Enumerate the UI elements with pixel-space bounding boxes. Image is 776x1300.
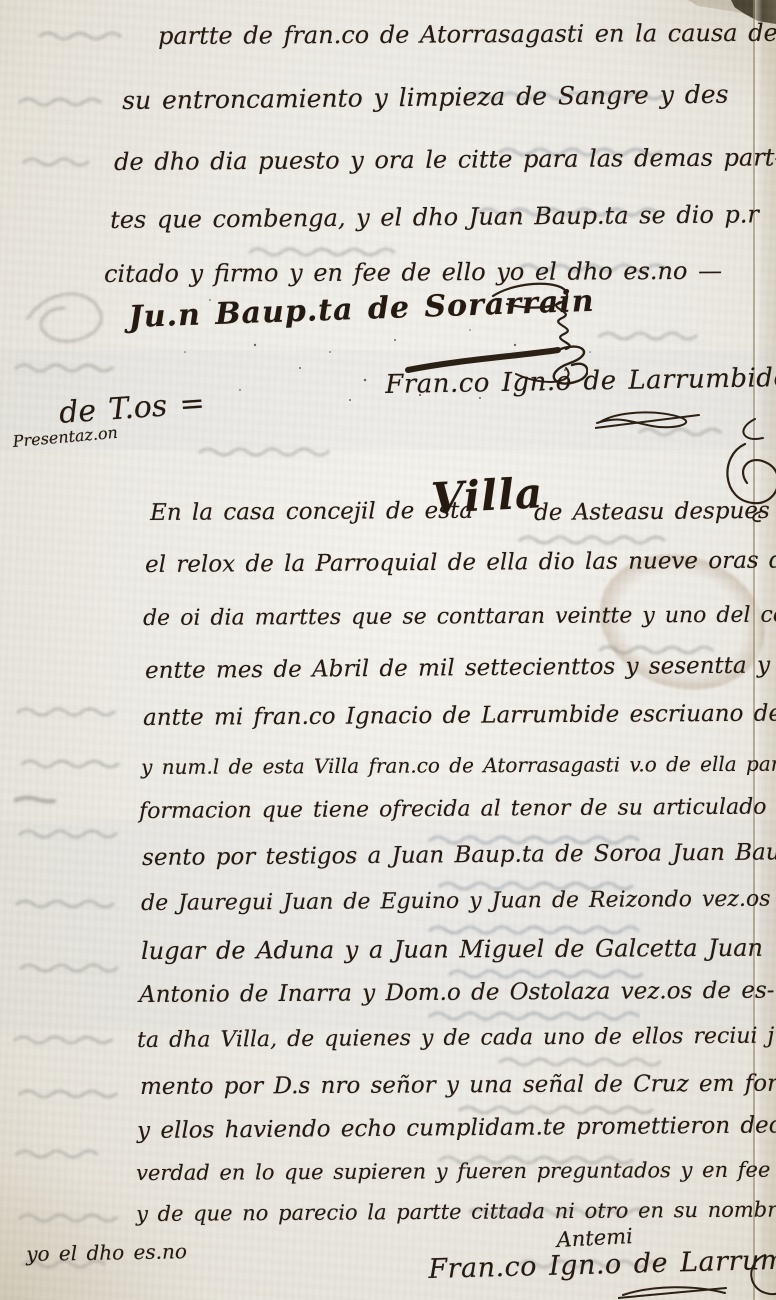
manuscript-line: y num.l de esta Villa fran.co de Atorras… xyxy=(141,751,776,779)
manuscript-line: entte mes de Abril de mil settecienttos … xyxy=(145,652,776,684)
manuscript-line: formacion que tiene ofrecida al tenor de… xyxy=(139,794,776,824)
manuscript-line: de oi dia marttes que se conttaran veint… xyxy=(143,602,776,631)
manuscript-page: partte de fran.co de Atorrasagasti en la… xyxy=(0,0,776,1300)
manuscript-line: ta dha Villa, de quienes y de cada uno d… xyxy=(137,1023,776,1053)
manuscript-line: partte de fran.co de Atorrasagasti en la… xyxy=(158,19,776,50)
manuscript-line: de Asteasu despues q.e xyxy=(534,498,776,526)
notary-lower-rubric xyxy=(618,1284,738,1300)
page-fold-edge xyxy=(753,0,776,1300)
manuscript-line: verdad en lo que supieren y fueren pregu… xyxy=(136,1157,776,1185)
manuscript-line: de Jauregui Juan de Eguino y Juan de Rei… xyxy=(141,886,776,916)
witness-signature: Ju.n Baup.ta de Sorarrain xyxy=(128,284,595,335)
manuscript-line: su entroncamiento y limpieza de Sangre y… xyxy=(122,80,729,115)
notary-rubric-flourish xyxy=(595,406,707,434)
manuscript-line: mento por D.s nro señor y una señal de C… xyxy=(140,1070,776,1100)
closing-scribe-note: yo el dho es.no xyxy=(26,1239,187,1266)
notary-signature-lower: Fran.co Ign.o de Larrumbide xyxy=(428,1243,776,1285)
manuscript-line: el relox de la Parroquial de ella dio la… xyxy=(145,547,776,578)
manuscript-line: lugar de Aduna y a Juan Miguel de Galcet… xyxy=(141,934,763,965)
antemi-note: Antemi xyxy=(556,1224,633,1252)
manuscript-line: de dho dia puesto y ora le citte para la… xyxy=(114,143,776,176)
manuscript-line: citado y firmo y en fee de ello yo el dh… xyxy=(104,257,722,288)
margin-note-word: de T.os = xyxy=(58,386,206,431)
manuscript-line: antte mi fran.co Ignacio de Larrumbide e… xyxy=(143,700,776,731)
manuscript-line: En la casa concejil de esta xyxy=(150,498,473,526)
manuscript-line: Antonio de Inarra y Dom.o de Ostolaza ve… xyxy=(139,978,775,1008)
manuscript-line: y ellos haviendo echo cumplidam.te prome… xyxy=(137,1112,776,1144)
manuscript-line: sento por testigos a Juan Baup.ta de Sor… xyxy=(142,839,776,871)
manuscript-line: y de que no parecio la partte cittada ni… xyxy=(136,1197,776,1226)
notary-signature-upper: Fran.co Ign.o de Larrumbide xyxy=(385,363,776,400)
manuscript-line: tes que combenga, y el dho Juan Baup.ta … xyxy=(110,200,759,234)
manuscript-word-large: Villa xyxy=(430,468,544,523)
